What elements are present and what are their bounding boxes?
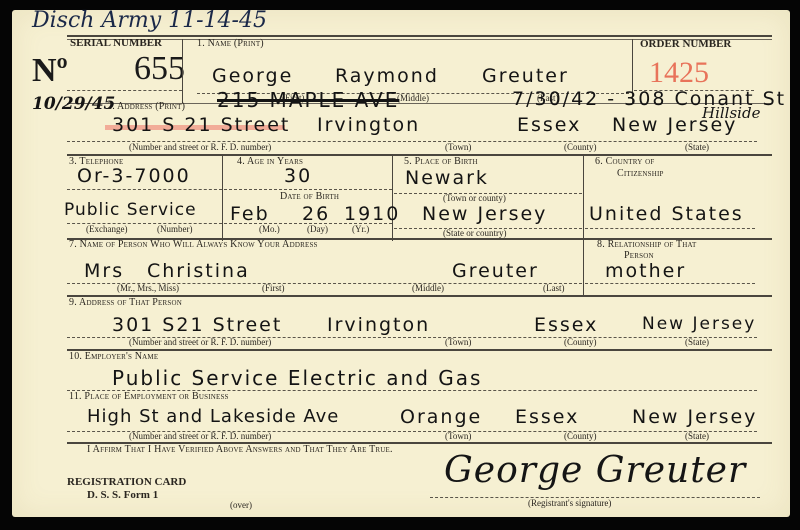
contact-first: Christina [147, 260, 250, 282]
employment-place-street-sub: (Number and street or R. F. D. number) [129, 431, 271, 441]
dob-year: 1910 [344, 203, 400, 225]
contact-last-sub: (Last) [543, 283, 565, 293]
relationship-value: mother [605, 260, 686, 282]
name-middle: Raymond [335, 65, 439, 87]
over-label: (over) [230, 500, 252, 510]
serial-prefix: Nº [32, 52, 68, 90]
dob-month-sub: (Mo.) [259, 224, 280, 234]
employment-place-town: Orange [400, 406, 482, 428]
contact-address-county: Essex [534, 314, 598, 336]
name-last: Greuter [482, 65, 569, 87]
dob-month: Feb [230, 203, 270, 225]
address-street: 301 S 21 Street [112, 114, 290, 136]
dob-year-sub: (Yr.) [352, 224, 369, 234]
contact-middle-sub: (Middle) [412, 283, 444, 293]
dob-day: 26 [302, 203, 330, 225]
serial-number-value: 655 [134, 50, 185, 88]
address-state-sub: (State) [685, 142, 709, 152]
affirmation-text: I Affirm That I Have Verified Above Answ… [87, 444, 393, 455]
employment-place-county-sub: (County) [564, 431, 597, 441]
telephone-exchange-sub: (Exchange) [86, 224, 127, 234]
telephone-number: Or-3-7000 [77, 165, 191, 187]
contact-address-street-sub: (Number and street or R. F. D. number) [129, 337, 271, 347]
citizenship-label-2: Citizenship [617, 168, 664, 179]
employment-place-state: New Jersey [632, 406, 757, 428]
form-number: D. S. S. Form 1 [87, 489, 158, 501]
contact-address-street: 301 S21 Street [112, 314, 282, 336]
age-value: 30 [284, 165, 312, 187]
relationship-label-1: 8. Relationship of That [597, 239, 696, 250]
address-town: Irvington [317, 114, 420, 136]
order-number-label: ORDER NUMBER [640, 38, 731, 50]
contact-address-state-sub: (State) [685, 337, 709, 347]
citizenship-value: United States [589, 203, 744, 225]
employment-place-state-sub: (State) [685, 431, 709, 441]
birthplace-state: New Jersey [422, 203, 547, 225]
registrant-signature: George Greuter [444, 450, 746, 491]
contact-address-county-sub: (County) [564, 337, 597, 347]
order-number-value: 1425 [649, 56, 709, 90]
date-annotation: 10/29/45 [32, 94, 115, 114]
contact-address-town-sub: (Town) [445, 337, 471, 347]
name-middle-sub: (Middle) [397, 93, 429, 103]
dob-label: Date of Birth [280, 191, 339, 202]
name-first: George [212, 65, 293, 87]
address-county: Essex [517, 114, 581, 136]
contact-address-state: New Jersey [642, 314, 756, 334]
signature-label: (Registrant's signature) [528, 498, 611, 508]
address-struck: 215 MAPLE AVE [217, 88, 399, 112]
contact-first-sub: (First) [262, 283, 285, 293]
contact-title-sub: (Mr., Mrs., Miss) [117, 283, 179, 293]
birthplace-state-sub: (State or country) [443, 228, 506, 238]
employer-label: 10. Employer's Name [69, 351, 158, 362]
birthplace-town: Newark [405, 167, 489, 189]
employment-place-county: Essex [515, 406, 579, 428]
dob-day-sub: (Day) [307, 224, 328, 234]
address-town-sub: (Town) [445, 142, 471, 152]
employment-place-street: High St and Lakeside Ave [87, 406, 339, 427]
address-street-sub: (Number and street or R. F. D. number) [129, 142, 271, 152]
employer-value: Public Service Electric and Gas [112, 366, 482, 390]
address-state: New Jersey [612, 114, 737, 136]
contact-label: 7. Name of Person Who Will Always Know Y… [69, 239, 318, 250]
name-label: 1. Name (Print) [197, 38, 264, 49]
citizenship-label-1: 6. Country of [595, 156, 655, 167]
contact-last: Greuter [452, 260, 539, 282]
address-county-sub: (County) [564, 142, 597, 152]
birthplace-label: 5. Place of Birth [404, 156, 478, 167]
telephone-number-sub: (Number) [157, 224, 193, 234]
address-label: 2. Address (Print) [107, 101, 185, 112]
contact-address-label: 9. Address of That Person [69, 297, 182, 308]
registration-card: Disch Army 11-14-45 SERIAL NUMBER Nº 655… [12, 10, 790, 517]
contact-title: Mrs [84, 260, 124, 282]
employment-place-label: 11. Place of Employment or Business [69, 391, 229, 402]
contact-address-town: Irvington [327, 314, 430, 336]
discharge-annotation: Disch Army 11-14-45 [32, 8, 267, 33]
serial-number-label: SERIAL NUMBER [70, 37, 162, 49]
telephone-exchange: Public Service [64, 200, 197, 220]
card-title: REGISTRATION CARD [67, 476, 186, 488]
birthplace-town-sub: (Town or county) [443, 193, 506, 203]
employment-place-town-sub: (Town) [445, 431, 471, 441]
